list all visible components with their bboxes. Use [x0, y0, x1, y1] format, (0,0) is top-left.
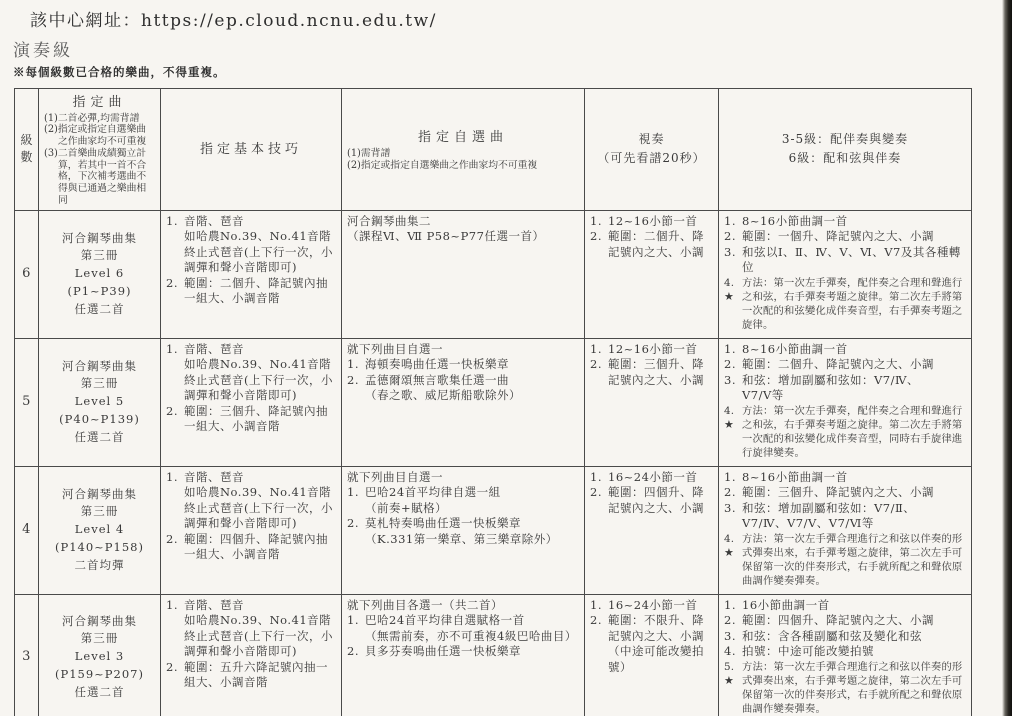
star-icon: ★ [724, 290, 742, 304]
list-item: 2.範圍：一個升、降記號內之大、小調 [724, 229, 966, 245]
text-line: 第三冊 [44, 247, 155, 265]
item-text: 範圍：二個升、降記號內之大、小調 [608, 229, 713, 260]
text-line: 河合鋼琴曲集 [44, 230, 155, 248]
item-number: 1. [590, 470, 608, 486]
item-number: 3. [724, 245, 742, 276]
text-line: 河合鋼琴曲集 [44, 613, 155, 631]
text-line: (P140~P158) [44, 539, 155, 557]
text-line: 第三冊 [44, 375, 155, 393]
item-text: 孟德爾頌無言歌集任選一曲（春之歌、威尼斯船歌除外） [365, 373, 579, 404]
item-text: 方法：第一次左手彈合理進行之和弦以伴奏的形式彈奏出來，右手彈考題之旋律，第二次左… [742, 660, 966, 716]
item-number: 2. [724, 613, 742, 629]
item-number: 2. [166, 660, 184, 691]
cell-self-selected: 就下列曲目自選一1.海頓奏鳴曲任選一快板樂章2.孟德爾頌無言歌集任選一曲（春之歌… [342, 338, 585, 466]
text-line: 音階、琶音 [184, 214, 336, 230]
item-text: 音階、琶音如哈農No.39、No.41音階終止式琶音(上下行一次，小調彈和聲小音… [184, 470, 336, 532]
item-number-text: 4. [724, 404, 742, 418]
item-number: 1. [166, 214, 184, 276]
item-number-text: 1. [347, 613, 365, 629]
text-line: 和弦：增加副屬和弦如：Ⅴ7/Ⅱ、 [742, 501, 966, 517]
text-line: 8~16小節曲調一首 [742, 470, 966, 486]
text-line: 任選二首 [44, 301, 155, 319]
section-title: 演奏級 [13, 36, 73, 61]
list-item: 3.和弦：增加副屬和弦如：Ⅴ7/Ⅱ、Ⅴ7/Ⅳ、Ⅴ7/Ⅴ、Ⅴ7/Ⅵ等 [724, 501, 966, 532]
item-number-text: 2. [724, 485, 742, 501]
list-item: 1.音階、琶音如哈農No.39、No.41音階終止式琶音(上下行一次，小調彈和聲… [166, 214, 336, 276]
item-text: 16~24小節一首 [608, 470, 713, 486]
item-number: 2. [166, 532, 184, 563]
text-line: 任選二首 [44, 429, 155, 447]
item-number: 4.★ [724, 532, 742, 589]
item-text: 範圍：二個升、降記號內抽一組大、小調音階 [184, 276, 336, 307]
text-line: （無需前奏，亦不可重複4級巴哈曲目） [365, 629, 579, 645]
header-self-selected-notes: (1)需背譜(2)指定或指定自選樂曲之作曲家均不可重複 [347, 148, 579, 172]
list-item: 3.和弦：含各種副屬和弦及變化和弦 [724, 629, 966, 645]
text-line: （課程Ⅵ、Ⅶ P58~P77任選一首） [347, 229, 579, 245]
cell-self-selected: 就下列曲目各選一（共二首）1.巴哈24首平均律自選賦格一首（無需前奏，亦不可重複… [342, 594, 585, 716]
item-number: 2. [724, 485, 742, 501]
text-line: 孟德爾頌無言歌集任選一曲 [365, 373, 579, 389]
item-number-text: 1. [347, 357, 365, 373]
item-number-text: 1. [724, 598, 742, 614]
item-number: 2. [590, 613, 608, 675]
item-number: 2. [590, 357, 608, 388]
text-line: 莫札特奏鳴曲任選一快板樂章 [365, 516, 579, 532]
list-item: 2.範圍：三個升、降記號內之大、小調 [590, 357, 713, 388]
item-number: 2. [166, 404, 184, 435]
item-number: 2. [590, 229, 608, 260]
item-number-text: 2. [724, 357, 742, 373]
item-text: 12~16小節一首 [608, 342, 713, 358]
list-item: 2.孟德爾頌無言歌集任選一曲（春之歌、威尼斯船歌除外） [347, 373, 579, 404]
item-text: 音階、琶音如哈農No.39、No.41音階終止式琶音(上下行一次，小調彈和聲小音… [184, 342, 336, 404]
text-line: (1)二首必彈,均需背譜 [44, 113, 155, 125]
item-text: 莫札特奏鳴曲任選一快板樂章（K.331第一樂章、第三樂章除外） [365, 516, 579, 547]
item-text: 範圍：一個升、降記號內之大、小調 [742, 229, 966, 245]
header-sight-reading: 視奏（可先看譜20秒） [585, 89, 719, 211]
text-line: 方法：第一次左手彈奏，配伴奏之合理和聲進行之和弦，右手彈奏考題之旋律。第二次左手… [742, 276, 966, 333]
text-line: 如哈農No.39、No.41音階終止式琶音(上下行一次，小調彈和聲小音階即可) [184, 485, 336, 532]
text-line: Level 5 [44, 393, 155, 411]
list-item: 2.範圍：四個升、降記號內之大、小調 [724, 613, 966, 629]
cell-accompaniment: 1.8~16小節曲調一首2.範圍：一個升、降記號內之大、小調3.和弦以Ⅰ、Ⅱ、Ⅳ… [719, 210, 972, 338]
cell-basic-skills: 1.音階、琶音如哈農No.39、No.41音階終止式琶音(上下行一次，小調彈和聲… [161, 210, 342, 338]
text-line: 貝多芬奏鳴曲任選一快板樂章 [365, 644, 579, 660]
cell-sight-reading: 1.12~16小節一首2.範圍：三個升、降記號內之大、小調 [585, 338, 719, 466]
text-line: 河合鋼琴曲集 [44, 358, 155, 376]
star-icon: ★ [724, 546, 742, 560]
list-item: 2.範圍：二個升、降記號內抽一組大、小調音階 [166, 276, 336, 307]
item-text: 範圍：四個升、降記號內抽一組大、小調音階 [184, 532, 336, 563]
text-line: 範圍：不限升、降記號內之大、小調（中途可能改變拍號） [608, 613, 713, 675]
item-text: 和弦以Ⅰ、Ⅱ、Ⅳ、Ⅴ、Ⅵ、Ⅴ7及其各種轉位 [742, 245, 966, 276]
text-line: 範圍：一個升、降記號內之大、小調 [742, 229, 966, 245]
list-item: 1.8~16小節曲調一首 [724, 214, 966, 230]
item-number: 1. [590, 214, 608, 230]
cell-accompaniment: 1.8~16小節曲調一首2.範圍：三個升、降記號內之大、小調3.和弦：增加副屬和… [719, 466, 972, 594]
text-line: Ⅴ7/Ⅴ等 [742, 388, 966, 404]
list-item: 1.8~16小節曲調一首 [724, 470, 966, 486]
text-line: 12~16小節一首 [608, 214, 713, 230]
item-text: 海頓奏鳴曲任選一快板樂章 [365, 357, 579, 373]
item-number-text: 4. [724, 276, 742, 290]
item-number-text: 1. [724, 214, 742, 230]
item-text: 就下列曲目自選一 [347, 342, 579, 358]
item-number-text: 4. [724, 644, 742, 660]
text-line: 範圍：四個升、降記號內之大、小調 [608, 485, 713, 516]
item-text: 方法：第一次左手彈合理進行之和弦以伴奏的形式彈奏出來，右手彈考題之旋律，第二次左… [742, 532, 966, 589]
text-line: (P40~P139) [44, 411, 155, 429]
text-line: 就下列曲目自選一 [347, 470, 579, 486]
item-number: 1. [724, 598, 742, 614]
list-item: 就下列曲目自選一 [347, 342, 579, 358]
item-text: 8~16小節曲調一首 [742, 470, 966, 486]
list-item: 1.16小節曲調一首 [724, 598, 966, 614]
cell-designated-pieces: 河合鋼琴曲集第三冊Level 3(P159~P207)任選二首 [39, 594, 161, 716]
list-item: 3.和弦：增加副屬和弦如：Ⅴ7/Ⅳ、Ⅴ7/Ⅴ等 [724, 373, 966, 404]
text-line: 16小節曲調一首 [742, 598, 966, 614]
text-line: （前奏+賦格） [365, 501, 579, 517]
text-line: 就下列曲目自選一 [347, 342, 579, 358]
text-line: 8~16小節曲調一首 [742, 214, 966, 230]
text-line: 方法：第一次左手彈合理進行之和弦以伴奏的形式彈奏出來，右手彈考題之旋律，第二次左… [742, 532, 966, 589]
text-line: Level 3 [44, 648, 155, 666]
list-item: 就下列曲目各選一（共二首） [347, 598, 579, 614]
item-text: 8~16小節曲調一首 [742, 342, 966, 358]
item-text: 16~24小節一首 [608, 598, 713, 614]
item-number: 1. [347, 613, 365, 644]
item-number: 2. [347, 373, 365, 404]
cell-sight-reading: 1.16~24小節一首2.範圍：四個升、降記號內之大、小調 [585, 466, 719, 594]
header-level: 級數 [15, 89, 39, 211]
item-number: 2. [166, 276, 184, 307]
item-number: 3. [724, 629, 742, 645]
text-line: （春之歌、威尼斯船歌除外） [365, 388, 579, 404]
list-item: 2.貝多芬奏鳴曲任選一快板樂章 [347, 644, 579, 660]
text-line: (P159~P207) [44, 666, 155, 684]
item-text: 範圍：四個升、降記號內之大、小調 [742, 613, 966, 629]
text-line: 拍號：中途可能改變拍號 [742, 644, 966, 660]
item-text: 方法：第一次左手彈奏，配伴奏之合理和聲進行之和弦，右手彈奏考題之旋律。第二次左手… [742, 404, 966, 461]
item-number-text: 2. [590, 357, 608, 373]
text-line: 8~16小節曲調一首 [742, 342, 966, 358]
item-text: 範圍：二個升、降記號內之大、小調 [742, 357, 966, 373]
list-item: 2.範圍：三個升、降記號內抽一組大、小調音階 [166, 404, 336, 435]
item-number: 3. [724, 501, 742, 532]
cell-accompaniment: 1.8~16小節曲調一首2.範圍：二個升、降記號內之大、小調3.和弦：增加副屬和… [719, 338, 972, 466]
item-number-text: 2. [166, 532, 184, 548]
item-text: 拍號：中途可能改變拍號 [742, 644, 966, 660]
text-line: 範圍：二個升、降記號內之大、小調 [608, 229, 713, 260]
cell-self-selected: 河合鋼琴曲集二（課程Ⅵ、Ⅶ P58~P77任選一首） [342, 210, 585, 338]
text-line: 視奏 [590, 130, 713, 149]
center-url-text: 該中心網址：https://ep.cloud.ncnu.edu.tw/ [30, 6, 437, 31]
list-item: 4.★方法：第一次左手彈奏，配伴奏之合理和聲進行之和弦，右手彈奏考題之旋律。第二… [724, 276, 966, 333]
cell-basic-skills: 1.音階、琶音如哈農No.39、No.41音階終止式琶音(上下行一次，小調彈和聲… [161, 338, 342, 466]
header-accompaniment: 3-5級：配伴奏與變奏6級：配和弦與伴奏 [719, 89, 972, 211]
text-line: 第三冊 [44, 503, 155, 521]
text-line: 巴哈24首平均律自選一組 [365, 485, 579, 501]
header-designated-notes: (1)二首必彈,均需背譜(2)指定或指定自選樂曲之作曲家均不可重複(3)二首樂曲… [44, 113, 155, 207]
item-number-text: 2. [166, 276, 184, 292]
list-item: 1.音階、琶音如哈農No.39、No.41音階終止式琶音(上下行一次，小調彈和聲… [166, 470, 336, 532]
exam-table: 級數指定曲(1)二首必彈,均需背譜(2)指定或指定自選樂曲之作曲家均不可重複(3… [14, 88, 972, 716]
list-item: 1.巴哈24首平均律自選一組（前奏+賦格） [347, 485, 579, 516]
item-number-text: 5. [724, 660, 742, 674]
text-line: 第三冊 [44, 630, 155, 648]
text-line: 音階、琶音 [184, 598, 336, 614]
item-number: 3. [724, 373, 742, 404]
list-item: 1.海頓奏鳴曲任選一快板樂章 [347, 357, 579, 373]
text-line: 方法：第一次左手彈合理進行之和弦以伴奏的形式彈奏出來，右手彈考題之旋律，第二次左… [742, 660, 966, 716]
scan-edge-shadow [1002, 0, 1012, 716]
item-number-text: 1. [590, 470, 608, 486]
list-item: 2.範圍：四個升、降記號內之大、小調 [590, 485, 713, 516]
cell-designated-pieces: 河合鋼琴曲集第三冊Level 4(P140~P158)二首均彈 [39, 466, 161, 594]
item-number: 4.★ [724, 276, 742, 333]
item-number-text: 1. [347, 485, 365, 501]
item-number-text: 2. [724, 613, 742, 629]
item-number: 1. [166, 342, 184, 404]
item-text: 就下列曲目自選一 [347, 470, 579, 486]
cell-level: 4 [15, 466, 39, 594]
cell-basic-skills: 1.音階、琶音如哈農No.39、No.41音階終止式琶音(上下行一次，小調彈和聲… [161, 466, 342, 594]
header-basic-skills: 指定基本技巧 [161, 89, 342, 211]
cell-sight-reading: 1.12~16小節一首2.範圍：二個升、降記號內之大、小調 [585, 210, 719, 338]
item-number: 1. [590, 598, 608, 614]
table-row: 4河合鋼琴曲集第三冊Level 4(P140~P158)二首均彈1.音階、琶音如… [15, 466, 972, 594]
item-text: 就下列曲目各選一（共二首） [347, 598, 579, 614]
text-line: (3)二首樂曲成績獨立計算，若其中一首不合格，下次補考選曲不得與已通過之樂曲相同 [44, 148, 155, 207]
item-text: 範圍：四個升、降記號內之大、小調 [608, 485, 713, 516]
text-line: 巴哈24首平均律自選賦格一首 [365, 613, 579, 629]
text-line: (P1~P39) [44, 283, 155, 301]
item-number: 2. [347, 644, 365, 660]
item-text: 12~16小節一首 [608, 214, 713, 230]
header-row: 級數指定曲(1)二首必彈,均需背譜(2)指定或指定自選樂曲之作曲家均不可重複(3… [15, 89, 972, 211]
item-number-text: 1. [590, 598, 608, 614]
text-line: 二首均彈 [44, 557, 155, 575]
text-line: 範圍：三個升、降記號內抽一組大、小調音階 [184, 404, 336, 435]
item-number-text: 2. [724, 229, 742, 245]
item-number-text: 3. [724, 373, 742, 389]
header-designated-title: 指定曲 [44, 94, 155, 112]
cell-level: 3 [15, 594, 39, 716]
page-note: ※每個級數已合格的樂曲，不得重複。 [13, 64, 226, 80]
text-line: 級 [20, 132, 33, 149]
text-line: 音階、琶音 [184, 470, 336, 486]
item-number-text: 2. [347, 373, 365, 389]
cell-basic-skills: 1.音階、琶音如哈農No.39、No.41音階終止式琶音(上下行一次，小調彈和聲… [161, 594, 342, 716]
list-item: 1.16~24小節一首 [590, 470, 713, 486]
list-item: 1.12~16小節一首 [590, 342, 713, 358]
list-item: 4.拍號：中途可能改變拍號 [724, 644, 966, 660]
text-line: 如哈農No.39、No.41音階終止式琶音(上下行一次，小調彈和聲小音階即可) [184, 357, 336, 404]
item-number-text: 2. [166, 404, 184, 420]
header-designated: 指定曲(1)二首必彈,均需背譜(2)指定或指定自選樂曲之作曲家均不可重複(3)二… [39, 89, 161, 211]
list-item: 1.8~16小節曲調一首 [724, 342, 966, 358]
text-line: 如哈農No.39、No.41音階終止式琶音(上下行一次，小調彈和聲小音階即可) [184, 229, 336, 276]
item-number-text: 1. [724, 342, 742, 358]
item-number: 1. [166, 598, 184, 660]
list-item: 3.和弦以Ⅰ、Ⅱ、Ⅳ、Ⅴ、Ⅵ、Ⅴ7及其各種轉位 [724, 245, 966, 276]
list-item: 5.★方法：第一次左手彈合理進行之和弦以伴奏的形式彈奏出來，右手彈考題之旋律，第… [724, 660, 966, 716]
list-item: 2.範圍：二個升、降記號內之大、小調 [590, 229, 713, 260]
item-text: 範圍：不限升、降記號內之大、小調（中途可能改變拍號） [608, 613, 713, 675]
item-number-text: 1. [166, 214, 184, 230]
list-item: 4.★方法：第一次左手彈合理進行之和弦以伴奏的形式彈奏出來，右手彈考題之旋律，第… [724, 532, 966, 589]
list-item: 1.12~16小節一首 [590, 214, 713, 230]
item-number-text: 1. [166, 598, 184, 614]
cell-self-selected: 就下列曲目自選一1.巴哈24首平均律自選一組（前奏+賦格）2.莫札特奏鳴曲任選一… [342, 466, 585, 594]
item-number: 1. [347, 485, 365, 516]
table-row: 5河合鋼琴曲集第三冊Level 5(P40~P139)任選二首1.音階、琶音如哈… [15, 338, 972, 466]
item-number-text: 2. [590, 485, 608, 501]
item-number-text: 4. [724, 532, 742, 546]
list-item: 1.巴哈24首平均律自選賦格一首（無需前奏，亦不可重複4級巴哈曲目） [347, 613, 579, 644]
header-self-selected: 指定自選曲(1)需背譜(2)指定或指定自選樂曲之作曲家均不可重複 [342, 89, 585, 211]
item-number: 5.★ [724, 660, 742, 716]
text-line: （K.331第一樂章、第三樂章除外） [365, 532, 579, 548]
header-self-selected-title: 指定自選曲 [347, 129, 579, 147]
text-line: Ⅴ7/Ⅳ、Ⅴ7/Ⅴ、Ⅴ7/Ⅵ等 [742, 516, 966, 532]
text-line: 音階、琶音 [184, 342, 336, 358]
item-number-text: 2. [590, 613, 608, 629]
text-line: 16~24小節一首 [608, 598, 713, 614]
item-number-text: 1. [724, 470, 742, 486]
item-number-text: 3. [724, 501, 742, 517]
item-number-text: 3. [724, 245, 742, 261]
list-item: 2.範圍：五升六降記號內抽一組大、小調音階 [166, 660, 336, 691]
text-line: 和弦以Ⅰ、Ⅱ、Ⅳ、Ⅴ、Ⅵ、Ⅴ7及其各種轉位 [742, 245, 966, 276]
item-number-text: 2. [347, 516, 365, 532]
item-text: 巴哈24首平均律自選一組（前奏+賦格） [365, 485, 579, 516]
text-line: 和弦：增加副屬和弦如：Ⅴ7/Ⅳ、 [742, 373, 966, 389]
item-text: 範圍：五升六降記號內抽一組大、小調音階 [184, 660, 336, 691]
text-line: 範圍：二個升、降記號內之大、小調 [742, 357, 966, 373]
list-item: 1.音階、琶音如哈農No.39、No.41音階終止式琶音(上下行一次，小調彈和聲… [166, 598, 336, 660]
cell-level: 6 [15, 210, 39, 338]
item-number-text: 1. [590, 342, 608, 358]
item-number-text: 2. [347, 644, 365, 660]
list-item: 1.16~24小節一首 [590, 598, 713, 614]
text-line: 16~24小節一首 [608, 470, 713, 486]
text-line: 範圍：四個升、降記號內抽一組大、小調音階 [184, 532, 336, 563]
item-number: 1. [724, 214, 742, 230]
text-line: 範圍：四個升、降記號內之大、小調 [742, 613, 966, 629]
item-number-text: 2. [590, 229, 608, 245]
item-number: 2. [724, 229, 742, 245]
text-line: 方法：第一次左手彈奏，配伴奏之合理和聲進行之和弦，右手彈奏考題之旋律。第二次左手… [742, 404, 966, 461]
list-item: 4.★方法：第一次左手彈奏，配伴奏之合理和聲進行之和弦，右手彈奏考題之旋律。第二… [724, 404, 966, 461]
item-text: 16小節曲調一首 [742, 598, 966, 614]
item-number: 2. [347, 516, 365, 547]
item-number: 1. [724, 470, 742, 486]
item-number-text: 1. [166, 342, 184, 358]
text-line: 3-5級：配伴奏與變奏 [724, 130, 966, 149]
item-number-text: 2. [166, 660, 184, 676]
text-line: 河合鋼琴曲集二 [347, 214, 579, 230]
item-number: 4. [724, 644, 742, 660]
item-text: 和弦：含各種副屬和弦及變化和弦 [742, 629, 966, 645]
list-item: 2.莫札特奏鳴曲任選一快板樂章（K.331第一樂章、第三樂章除外） [347, 516, 579, 547]
item-text: 河合鋼琴曲集二（課程Ⅵ、Ⅶ P58~P77任選一首） [347, 214, 579, 245]
text-line: 海頓奏鳴曲任選一快板樂章 [365, 357, 579, 373]
item-number: 1. [724, 342, 742, 358]
cell-accompaniment: 1.16小節曲調一首2.範圍：四個升、降記號內之大、小調3.和弦：含各種副屬和弦… [719, 594, 972, 716]
item-number: 1. [590, 342, 608, 358]
item-text: 範圍：三個升、降記號內之大、小調 [608, 357, 713, 388]
item-text: 巴哈24首平均律自選賦格一首（無需前奏，亦不可重複4級巴哈曲目） [365, 613, 579, 644]
item-text: 和弦：增加副屬和弦如：Ⅴ7/Ⅱ、Ⅴ7/Ⅳ、Ⅴ7/Ⅴ、Ⅴ7/Ⅵ等 [742, 501, 966, 532]
list-item: 就下列曲目自選一 [347, 470, 579, 486]
item-text: 音階、琶音如哈農No.39、No.41音階終止式琶音(上下行一次，小調彈和聲小音… [184, 214, 336, 276]
text-line: 如哈農No.39、No.41音階終止式琶音(上下行一次，小調彈和聲小音階即可) [184, 613, 336, 660]
text-line: 任選二首 [44, 684, 155, 702]
text-line: 和弦：含各種副屬和弦及變化和弦 [742, 629, 966, 645]
list-item: 2.範圍：不限升、降記號內之大、小調（中途可能改變拍號） [590, 613, 713, 675]
item-number: 2. [590, 485, 608, 516]
list-item: 2.範圍：二個升、降記號內之大、小調 [724, 357, 966, 373]
star-icon: ★ [724, 418, 742, 432]
cell-designated-pieces: 河合鋼琴曲集第三冊Level 6(P1~P39)任選二首 [39, 210, 161, 338]
text-line: 數 [20, 149, 33, 166]
cell-sight-reading: 1.16~24小節一首2.範圍：不限升、降記號內之大、小調（中途可能改變拍號） [585, 594, 719, 716]
item-text: 貝多芬奏鳴曲任選一快板樂章 [365, 644, 579, 660]
text-line: （可先看譜20秒） [590, 149, 713, 168]
item-text: 音階、琶音如哈農No.39、No.41音階終止式琶音(上下行一次，小調彈和聲小音… [184, 598, 336, 660]
item-number-text: 1. [590, 214, 608, 230]
item-text: 方法：第一次左手彈奏，配伴奏之合理和聲進行之和弦，右手彈奏考題之旋律。第二次左手… [742, 276, 966, 333]
cell-designated-pieces: 河合鋼琴曲集第三冊Level 5(P40~P139)任選二首 [39, 338, 161, 466]
text-line: 範圍：二個升、降記號內抽一組大、小調音階 [184, 276, 336, 307]
item-number: 1. [347, 357, 365, 373]
star-icon: ★ [724, 674, 742, 688]
text-line: 6級：配和弦與伴奏 [724, 149, 966, 168]
list-item: 2.範圍：三個升、降記號內之大、小調 [724, 485, 966, 501]
table-row: 3河合鋼琴曲集第三冊Level 3(P159~P207)任選二首1.音階、琶音如… [15, 594, 972, 716]
item-text: 範圍：三個升、降記號內抽一組大、小調音階 [184, 404, 336, 435]
text-line: 範圍：三個升、降記號內之大、小調 [742, 485, 966, 501]
list-item: 2.範圍：四個升、降記號內抽一組大、小調音階 [166, 532, 336, 563]
list-item: 河合鋼琴曲集二（課程Ⅵ、Ⅶ P58~P77任選一首） [347, 214, 579, 245]
table-row: 6河合鋼琴曲集第三冊Level 6(P1~P39)任選二首1.音階、琶音如哈農N… [15, 210, 972, 338]
text-line: 範圍：三個升、降記號內之大、小調 [608, 357, 713, 388]
text-line: 河合鋼琴曲集 [44, 486, 155, 504]
text-line: (1)需背譜 [347, 148, 579, 160]
item-number: 1. [166, 470, 184, 532]
text-line: 就下列曲目各選一（共二首） [347, 598, 579, 614]
text-line: (2)指定或指定自選樂曲之作曲家均不可重複 [347, 160, 579, 172]
cell-level: 5 [15, 338, 39, 466]
text-line: 範圍：五升六降記號內抽一組大、小調音階 [184, 660, 336, 691]
list-item: 1.音階、琶音如哈農No.39、No.41音階終止式琶音(上下行一次，小調彈和聲… [166, 342, 336, 404]
item-text: 8~16小節曲調一首 [742, 214, 966, 230]
item-number-text: 3. [724, 629, 742, 645]
item-number-text: 1. [166, 470, 184, 486]
text-line: (2)指定或指定自選樂曲之作曲家均不可重複 [44, 124, 155, 148]
text-line: Level 4 [44, 521, 155, 539]
text-line: 12~16小節一首 [608, 342, 713, 358]
item-text: 和弦：增加副屬和弦如：Ⅴ7/Ⅳ、Ⅴ7/Ⅴ等 [742, 373, 966, 404]
text-line: Level 6 [44, 265, 155, 283]
item-text: 範圍：三個升、降記號內之大、小調 [742, 485, 966, 501]
item-number: 2. [724, 357, 742, 373]
item-number: 4.★ [724, 404, 742, 461]
